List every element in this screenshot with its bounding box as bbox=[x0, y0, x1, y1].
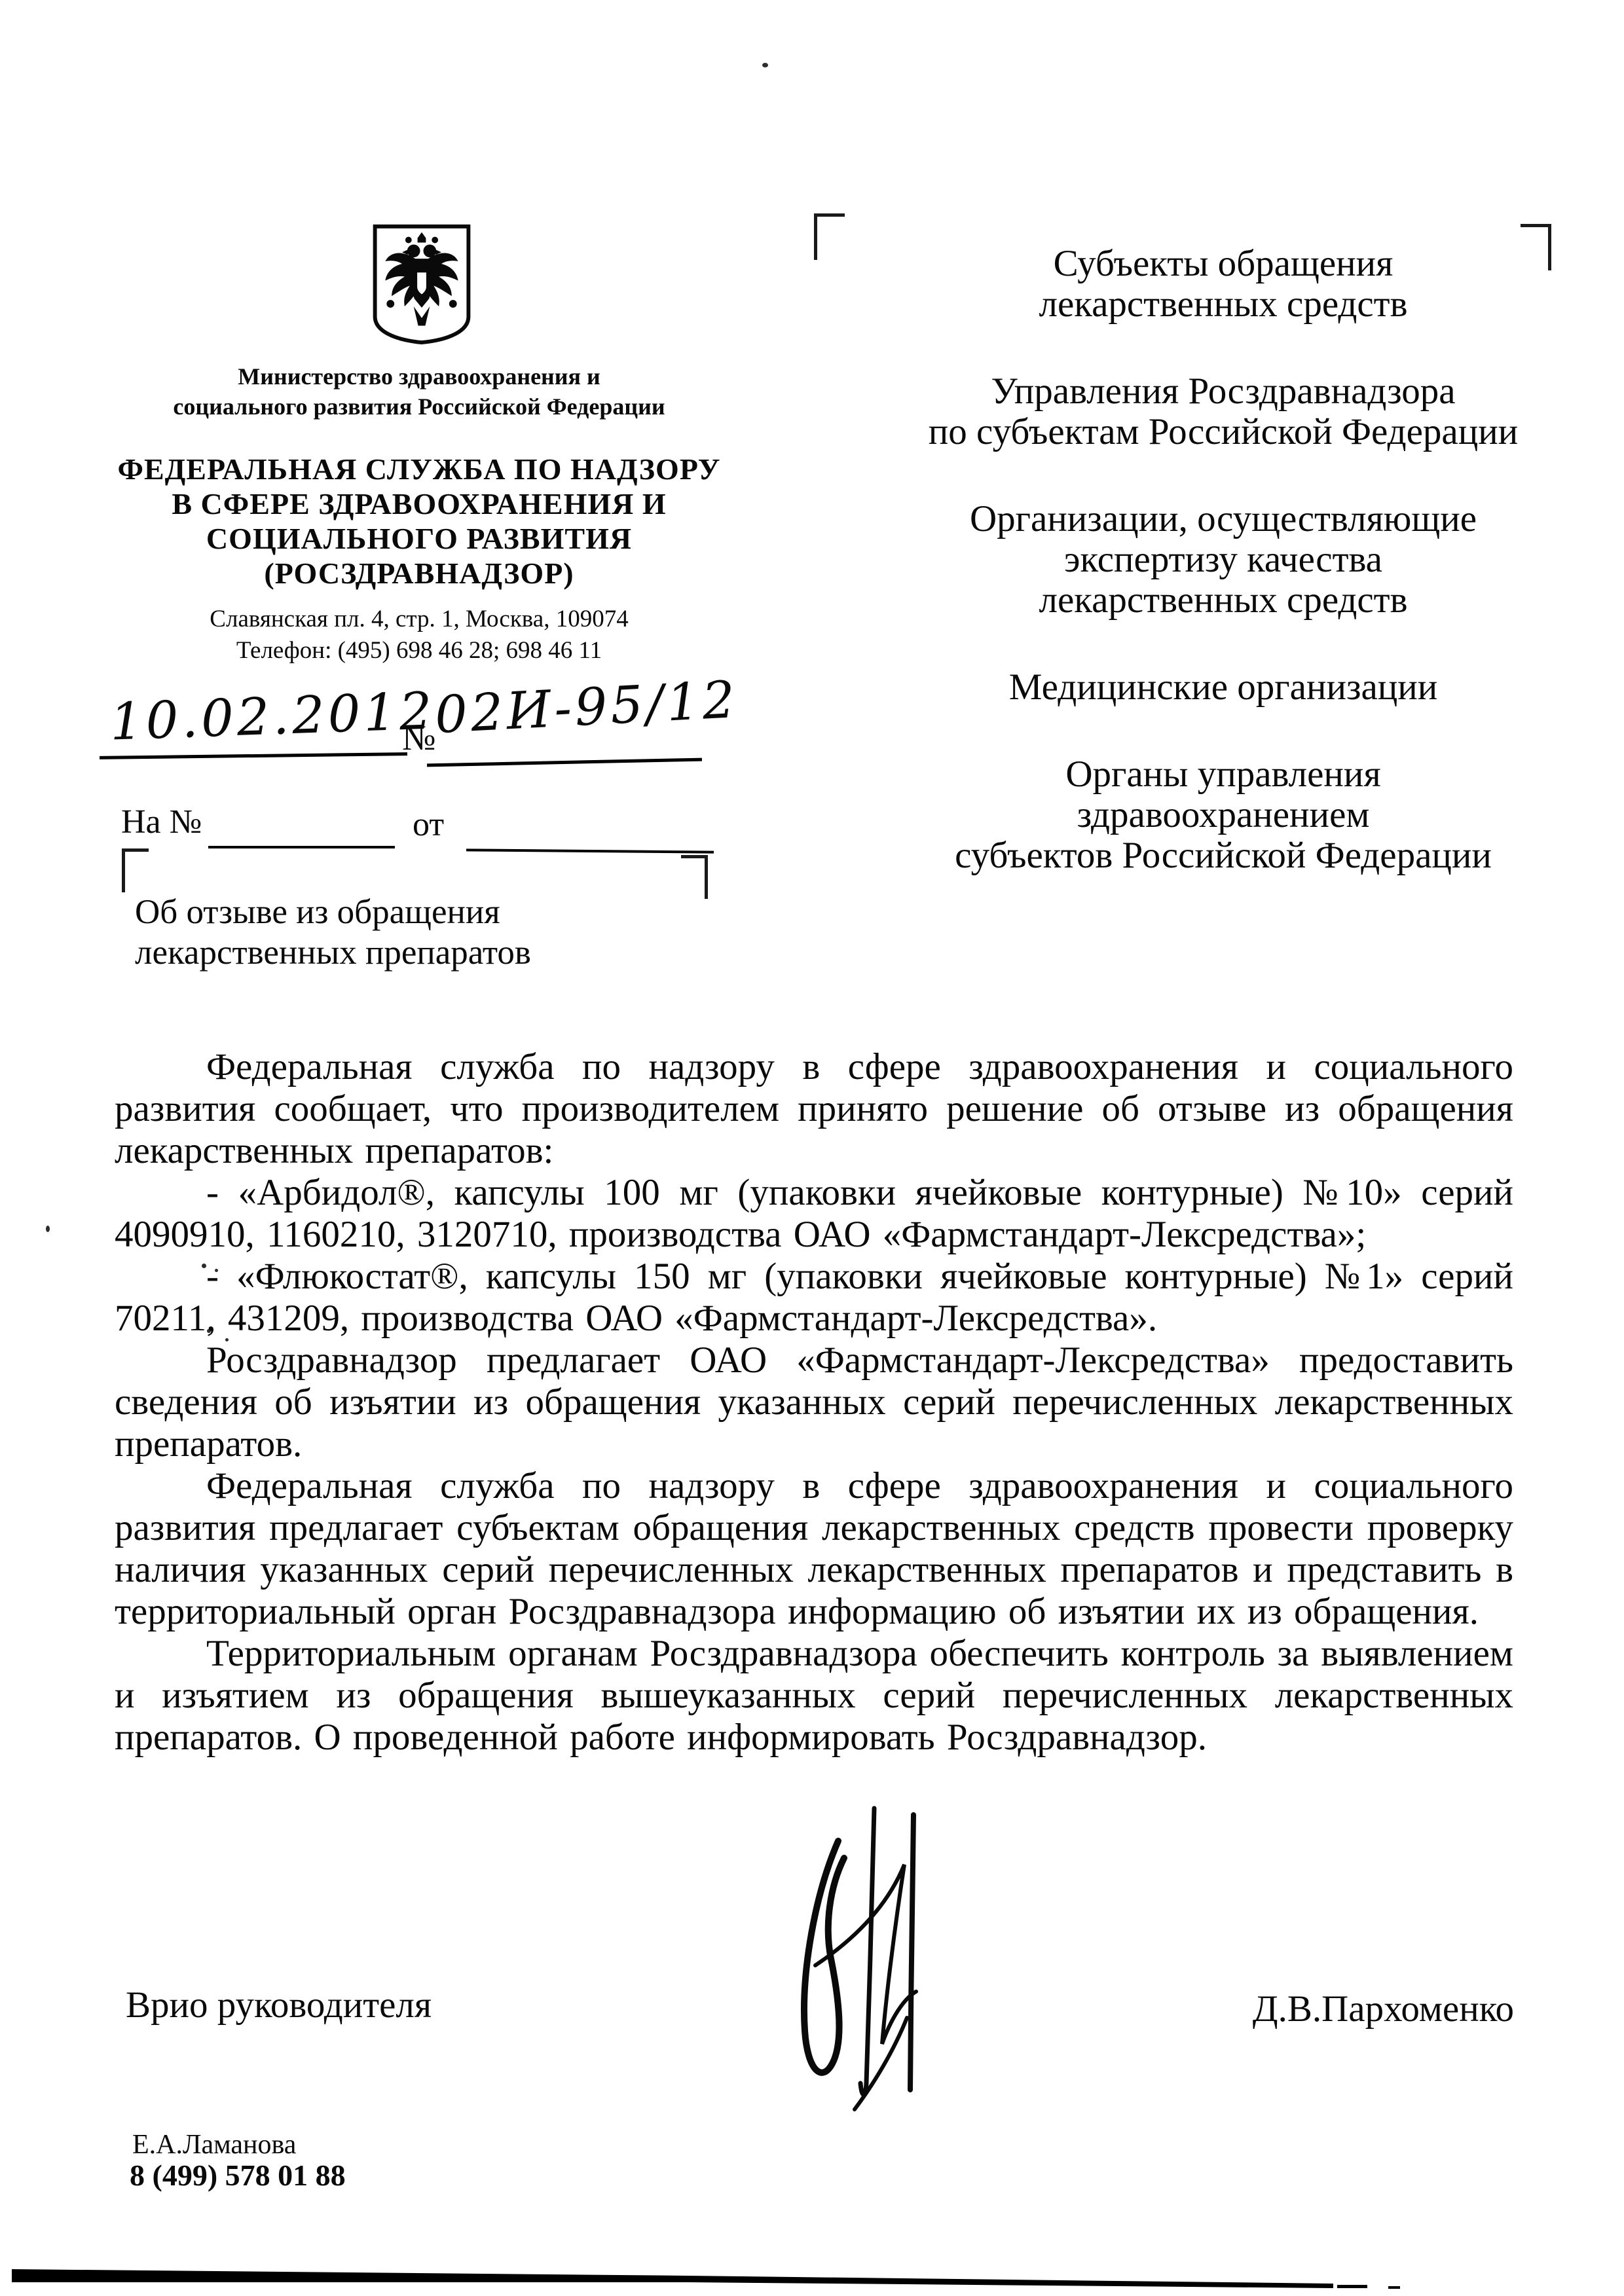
handwritten-signature-icon bbox=[773, 1802, 995, 2116]
ministry-name: Министерство здравоохранения и социально… bbox=[92, 361, 747, 422]
sender-phone: Телефон: (495) 698 46 28; 698 46 11 bbox=[92, 635, 747, 666]
fold-mark-top-right bbox=[1521, 224, 1551, 270]
handwritten-outgoing-number: 02И-95/12 bbox=[434, 670, 739, 745]
body-paragraph: Федеральная служба по надзору в сфере зд… bbox=[115, 1046, 1513, 1172]
reply-date-blank bbox=[466, 848, 714, 853]
recipient-item: Субъекты обращения лекарственных средств bbox=[922, 244, 1524, 325]
fold-mark-top-center bbox=[814, 213, 845, 260]
signer-name: Д.В.Пархоменко bbox=[1231, 1988, 1514, 2030]
scan-speck bbox=[762, 63, 768, 67]
body-paragraph-flucostat: - «Флюкостат®, капсулы 150 мг (упаковки … bbox=[115, 1256, 1513, 1339]
service-name: ФЕДЕРАЛЬНАЯ СЛУЖБА ПО НАДЗОРУ В СФЕРЕ ЗД… bbox=[92, 452, 747, 591]
recipient-item: Организации, осуществляющие экспертизу к… bbox=[922, 499, 1524, 621]
recipients-block: Субъекты обращения лекарственных средств… bbox=[922, 244, 1524, 922]
letter-body: Федеральная служба по надзору в сфере зд… bbox=[115, 1046, 1513, 1758]
scan-artifact-line bbox=[0, 2250, 1624, 2295]
recipient-item: Медицинские организации bbox=[922, 667, 1524, 708]
reply-from-label: от bbox=[413, 805, 444, 844]
body-paragraph: Федеральная служба по надзору в сфере зд… bbox=[115, 1465, 1513, 1633]
scan-speck bbox=[46, 1226, 50, 1232]
recipient-item: Управления Росздравнадзора по субъектам … bbox=[922, 371, 1524, 452]
reply-to-number-label: На № bbox=[121, 803, 202, 841]
recipient-item: Органы управления здравоохранением субъе… bbox=[922, 754, 1524, 876]
number-sign-label: № bbox=[402, 718, 436, 758]
number-underline bbox=[427, 758, 702, 767]
fold-mark-subject-left bbox=[122, 848, 149, 892]
russia-coat-of-arms-icon bbox=[368, 221, 475, 347]
date-underline bbox=[100, 752, 407, 759]
letter-subject: Об отзыве из обращения лекарственных пре… bbox=[135, 892, 724, 973]
signer-position: Врио руководителя bbox=[126, 1984, 432, 2026]
body-paragraph-arbidol: - «Арбидол®, капсулы 100 мг (упаковки яч… bbox=[115, 1172, 1513, 1256]
body-paragraph: Росздравнадзор предлагает ОАО «Фармстанд… bbox=[115, 1339, 1513, 1465]
handwritten-date: 10.02.2012 bbox=[109, 682, 436, 752]
executor-name: Е.А.Ламанова bbox=[132, 2129, 296, 2160]
sender-address: Славянская пл. 4, стр. 1, Москва, 109074 bbox=[92, 604, 747, 635]
reply-number-blank bbox=[208, 846, 395, 848]
body-paragraph: Территориальным органам Росздравнадзора … bbox=[115, 1633, 1513, 1758]
scanned-letter-page: Министерство здравоохранения и социально… bbox=[0, 0, 1624, 2296]
executor-phone: 8 (499) 578 01 88 bbox=[130, 2158, 346, 2193]
